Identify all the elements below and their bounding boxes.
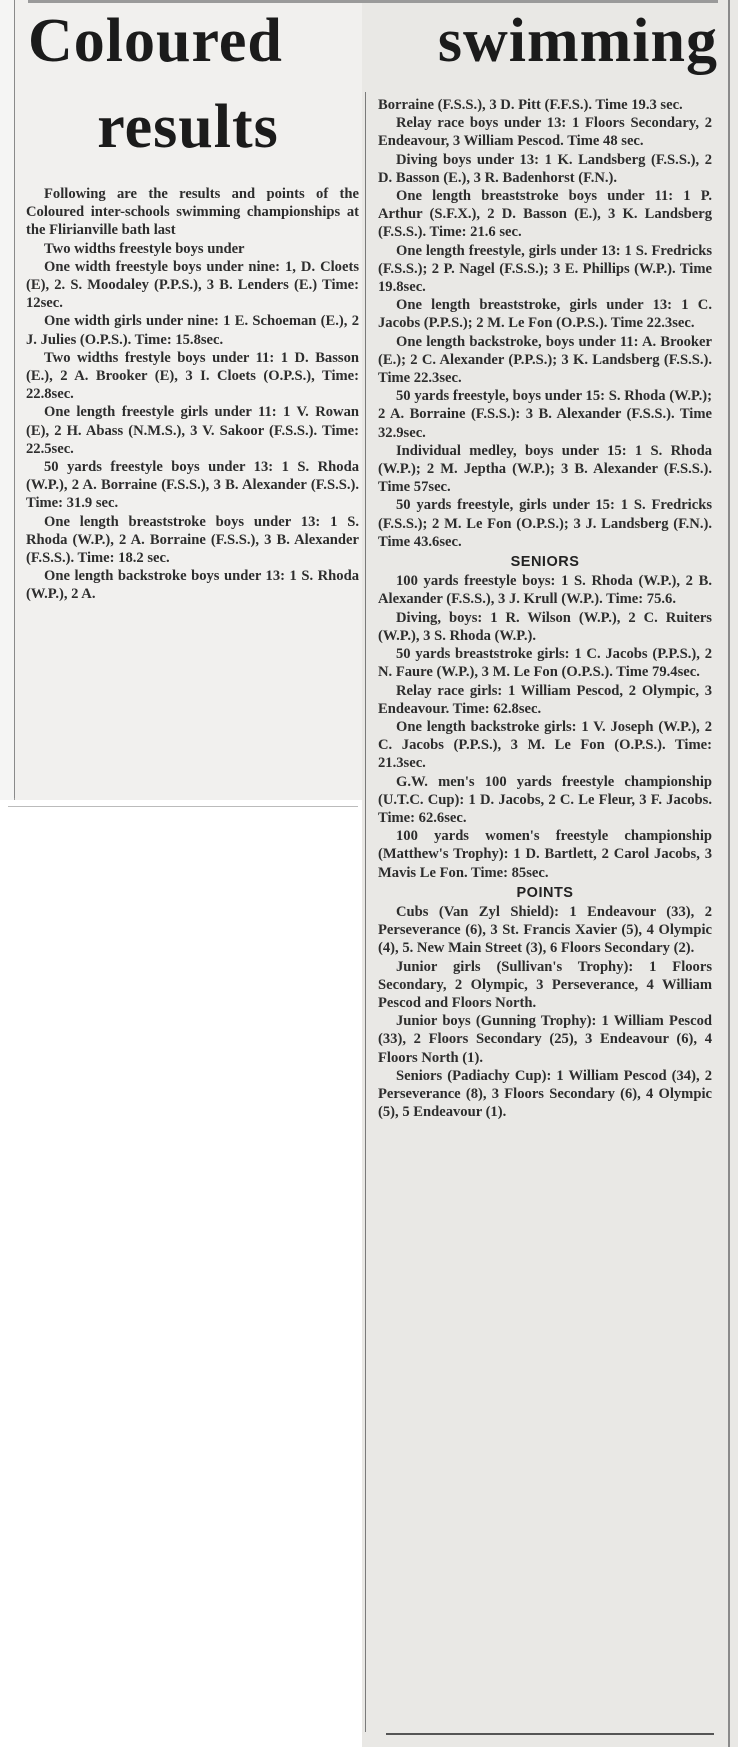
result-paragraph: Diving boys under 13: 1 K. Landsberg (F.… — [378, 151, 712, 187]
result-paragraph: One width freestyle boys under nine: 1, … — [26, 258, 359, 313]
result-paragraph: One width girls under nine: 1 E. Schoema… — [26, 312, 359, 348]
column-rule — [728, 0, 730, 1747]
result-paragraph: Borraine (F.S.S.), 3 D. Pitt (F.F.S.). T… — [378, 96, 712, 114]
result-paragraph: One length breaststroke, girls under 13:… — [378, 296, 712, 332]
headline: Coloured swimming — [28, 6, 718, 76]
intro-paragraph: Following are the results and points of … — [26, 185, 359, 240]
left-column: Following are the results and points of … — [26, 185, 359, 604]
end-rule — [386, 1733, 714, 1735]
column-rule — [14, 0, 15, 798]
result-paragraph: 50 yards freestyle, boys under 15: S. Rh… — [378, 387, 712, 442]
bottom-rule — [8, 806, 358, 807]
result-paragraph: One length freestyle girls under 11: 1 V… — [26, 403, 359, 458]
result-paragraph: 50 yards freestyle, girls under 15: 1 S.… — [378, 496, 712, 551]
senior-result: Relay race girls: 1 William Pescod, 2 Ol… — [378, 682, 712, 718]
senior-result: One length backstroke girls: 1 V. Joseph… — [378, 718, 712, 773]
result-paragraph: One length breaststroke boys under 13: 1… — [26, 513, 359, 568]
right-column: Borraine (F.S.S.), 3 D. Pitt (F.F.S.). T… — [378, 96, 712, 1121]
senior-result: 100 yards freestyle boys: 1 S. Rhoda (W.… — [378, 572, 712, 608]
headline-continued: results — [88, 92, 288, 162]
senior-result: 100 yards women's freestyle championship… — [378, 827, 712, 882]
seniors-heading: SENIORS — [378, 553, 712, 571]
adjacent-column-edge — [0, 0, 15, 800]
points-entry: Seniors (Padiachy Cup): 1 William Pescod… — [378, 1067, 712, 1122]
result-paragraph: One length freestyle, girls under 13: 1 … — [378, 242, 712, 297]
points-entry: Junior boys (Gunning Trophy): 1 William … — [378, 1012, 712, 1067]
points-entry: Cubs (Van Zyl Shield): 1 Endeavour (33),… — [378, 903, 712, 958]
result-paragraph: One length backstroke, boys under 11: A.… — [378, 333, 712, 388]
result-paragraph: Two widths frestyle boys under 11: 1 D. … — [26, 349, 359, 404]
top-rule — [28, 0, 718, 3]
senior-result: 50 yards breaststroke girls: 1 C. Jacobs… — [378, 645, 712, 681]
result-paragraph: Individual medley, boys under 15: 1 S. R… — [378, 442, 712, 497]
senior-result: Diving, boys: 1 R. Wilson (W.P.), 2 C. R… — [378, 609, 712, 645]
result-paragraph: 50 yards freestyle boys under 13: 1 S. R… — [26, 458, 359, 513]
senior-result: G.W. men's 100 yards freestyle champions… — [378, 773, 712, 828]
points-heading: POINTS — [378, 884, 712, 902]
points-entry: Junior girls (Sullivan's Trophy): 1 Floo… — [378, 958, 712, 1013]
result-paragraph: Two widths freestyle boys under — [26, 240, 359, 258]
result-paragraph: One length breaststroke boys under 11: 1… — [378, 187, 712, 242]
result-paragraph: Relay race boys under 13: 1 Floors Secon… — [378, 114, 712, 150]
column-rule — [365, 92, 366, 1732]
result-paragraph: One length backstroke boys under 13: 1 S… — [26, 567, 359, 603]
